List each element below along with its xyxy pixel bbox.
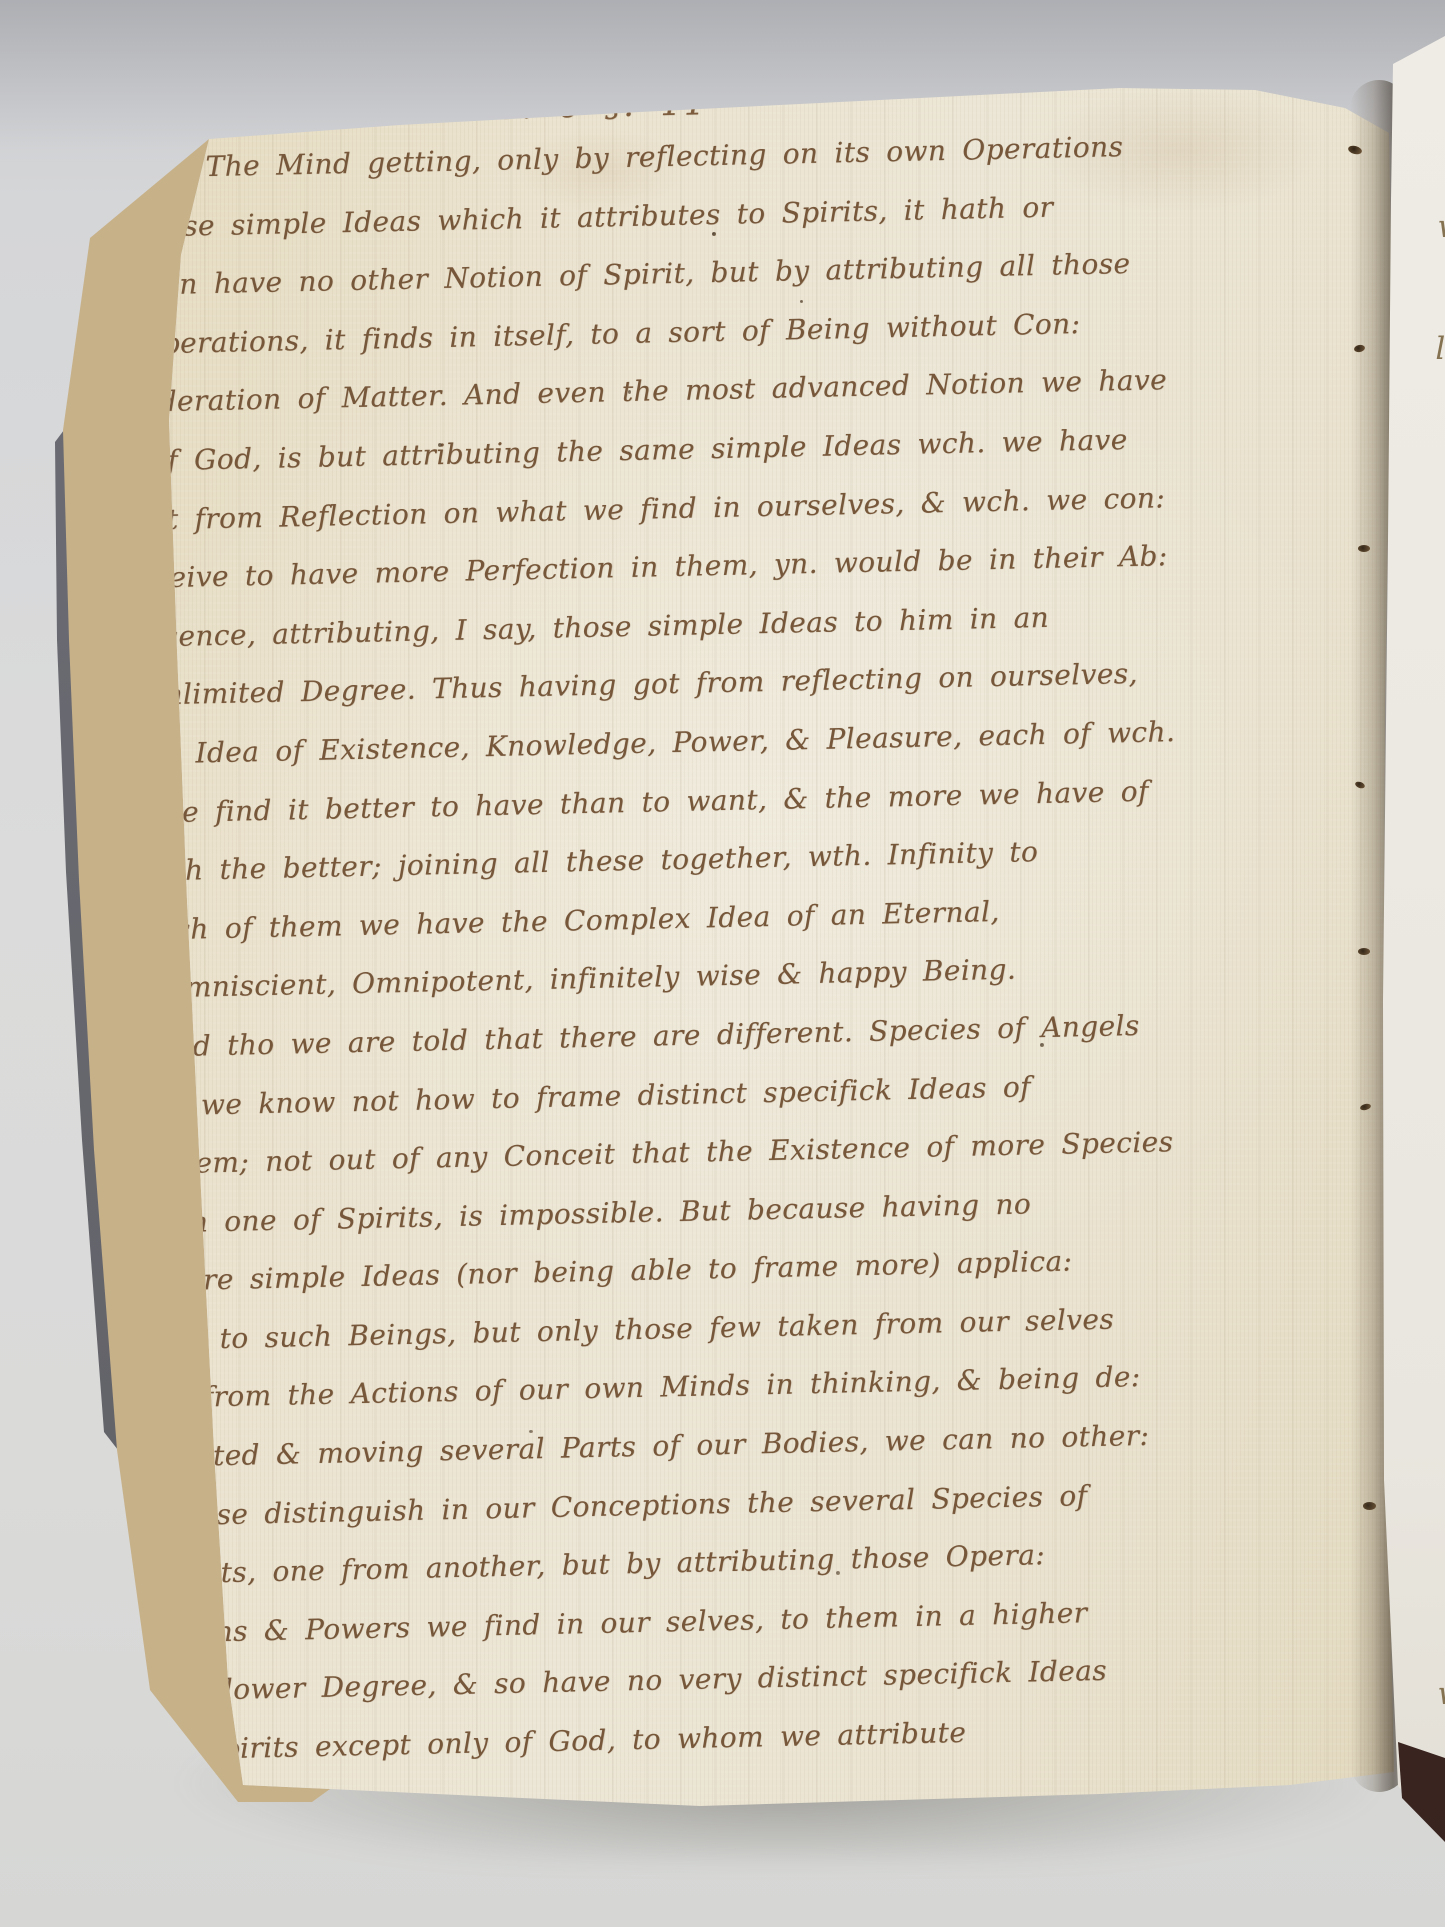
ink-speck — [712, 232, 716, 236]
ink-speck — [836, 1571, 840, 1575]
manuscript-body: The Mind getting, only by reflecting on … — [119, 129, 1215, 1792]
photo-backdrop: Locke B: 2. C: 6 §: 11 The Mind getting,… — [0, 0, 1445, 1927]
ink-speck — [529, 1430, 533, 1433]
ink-speck — [800, 300, 803, 303]
facing-page-fragment: lo — [1435, 334, 1445, 365]
facing-page-fragment: w — [1437, 212, 1445, 243]
ink-speck — [438, 443, 442, 447]
facing-page-writing-fragments: bwlofyfoyftfotw — [1414, 90, 1445, 1710]
ink-speck — [1040, 1043, 1044, 1047]
facing-page-fragment: w — [1437, 1679, 1445, 1710]
ink-speck — [628, 390, 631, 394]
handwritten-text-block: Locke B: 2. C: 6 §: 11 The Mind getting,… — [118, 73, 1215, 1792]
